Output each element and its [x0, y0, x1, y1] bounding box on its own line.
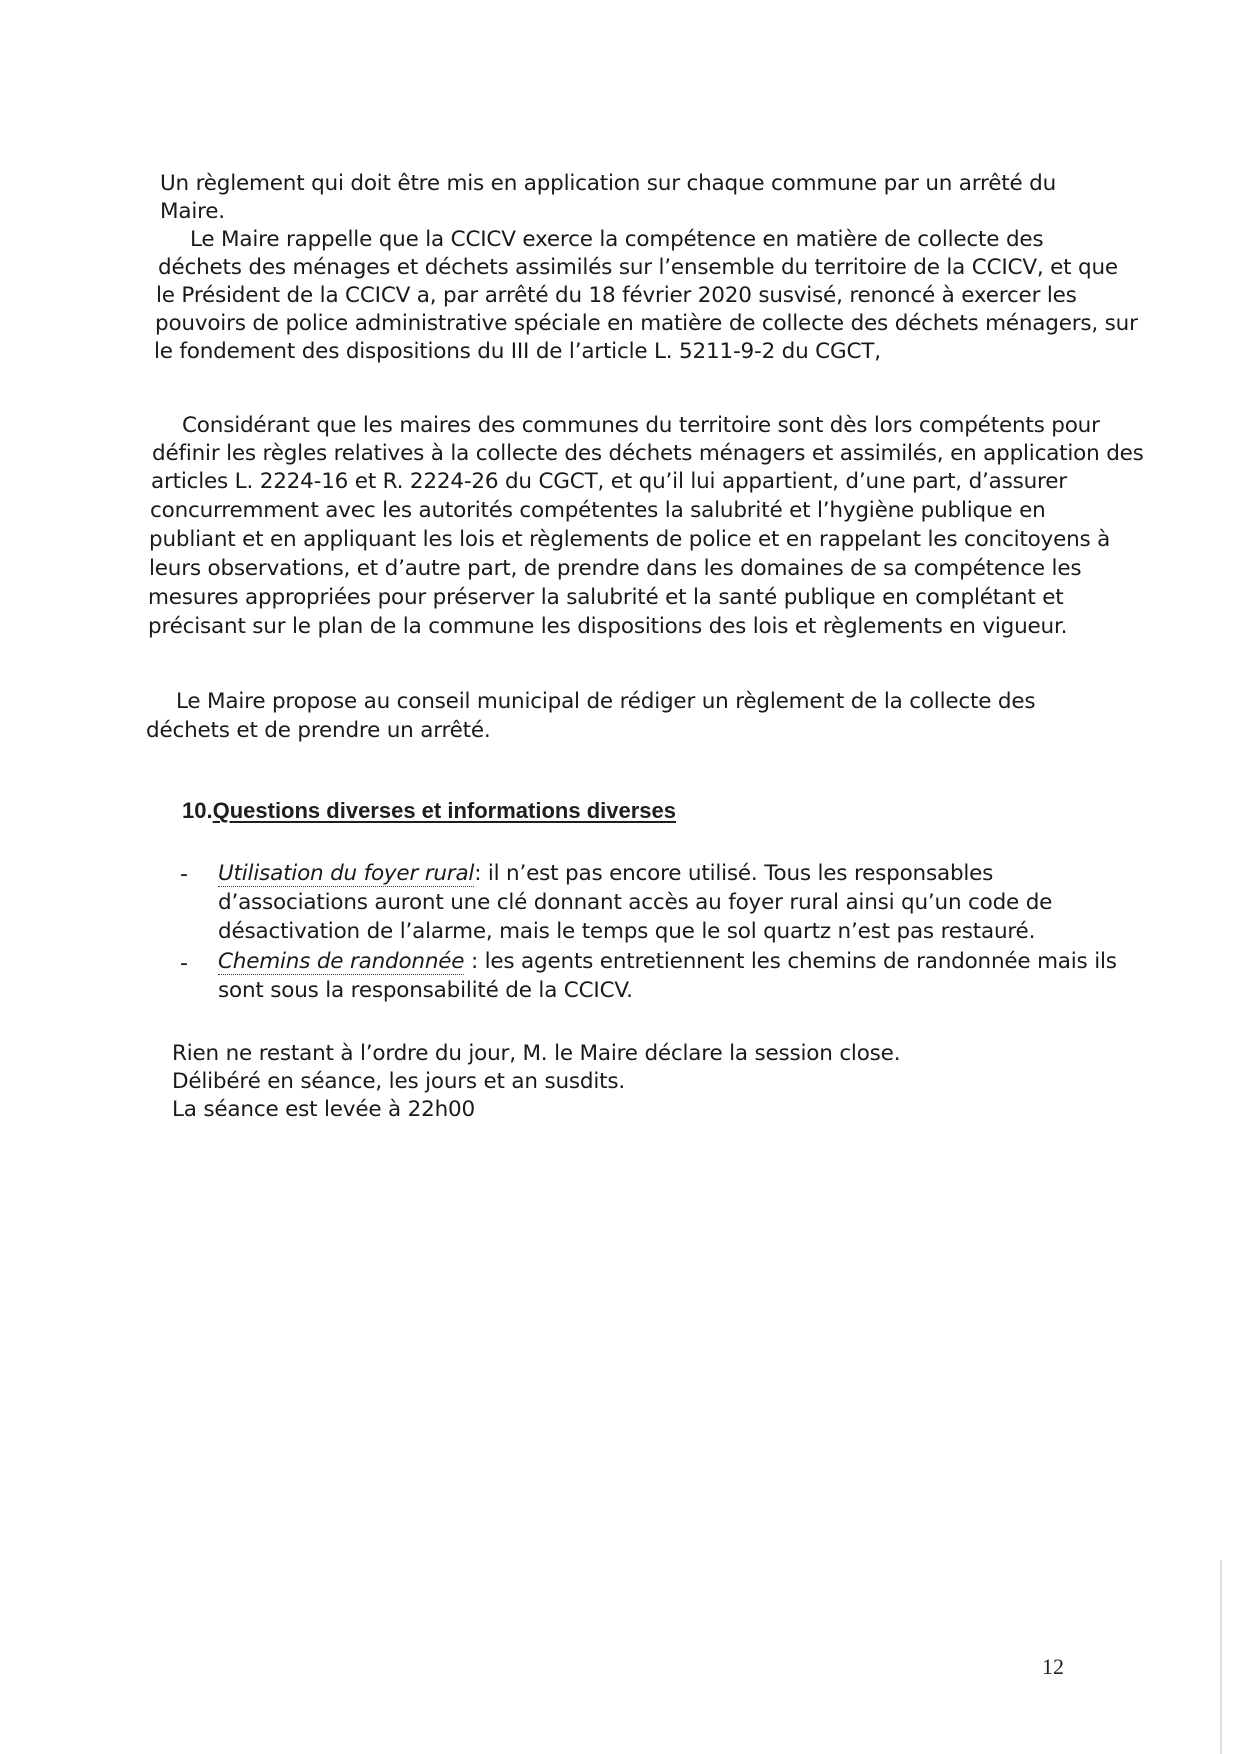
closing-line-1: Rien ne restant à l’ordre du jour, M. le… — [172, 1040, 900, 1068]
list-item-1-lead: Utilisation du foyer rural — [218, 861, 474, 887]
section-10-heading: 10.Questions diverses et informations di… — [182, 798, 676, 824]
bullet-dash: - — [180, 862, 188, 887]
page-number: 12 — [1042, 1654, 1064, 1680]
paragraph-3-line-3: articles L. 2224-16 et R. 2224-26 du CGC… — [151, 468, 971, 496]
list-item-1-line-2: d’associations auront une clé donnant ac… — [218, 889, 966, 917]
paragraph-2-line-4: pouvoirs de police administrative spécia… — [155, 310, 978, 338]
paragraph-3-line-6: leurs observations, et d’autre part, de … — [149, 555, 969, 583]
paragraph-1-line-1: Un règlement qui doit être mis en applic… — [160, 170, 978, 198]
paragraph-3-line-2: définir les règles relatives à la collec… — [152, 440, 972, 468]
paragraph-3-line-8: précisant sur le plan de la commune les … — [148, 613, 1067, 641]
paragraph-2-line-2: déchets des ménages et déchets assimilés… — [158, 254, 978, 282]
list-item-2-line-1: Chemins de randonnée : les agents entret… — [218, 948, 966, 976]
paragraph-2-line-3: le Président de la CCICV a, par arrêté d… — [156, 282, 978, 310]
paragraph-3-line-5: publiant et en appliquant les lois et rè… — [149, 526, 969, 554]
section-10-number: 10. — [182, 798, 213, 823]
paragraph-3-line-7: mesures appropriées pour préserver la sa… — [148, 584, 968, 612]
list-item-1-rest: : il n’est pas encore utilisé. Tous les … — [474, 861, 993, 886]
closing-line-3: La séance est levée à 22h00 — [172, 1096, 475, 1124]
paragraph-1-line-2: Maire. — [160, 198, 225, 226]
closing-line-2: Délibéré en séance, les jours et an susd… — [172, 1068, 625, 1096]
section-10-title: Questions diverses et informations diver… — [213, 798, 676, 823]
list-item-2-line-2: sont sous la responsabilité de la CCICV. — [218, 977, 633, 1005]
paragraph-2-line-1: Le Maire rappelle que la CCICV exerce la… — [190, 226, 978, 254]
paragraph-2-line-5: le fondement des dispositions du III de … — [154, 338, 881, 366]
paragraph-3-line-1: Considérant que les maires des communes … — [182, 412, 972, 440]
list-item-1-line-3: désactivation de l’alarme, mais le temps… — [218, 918, 1035, 946]
list-item-2-lead: Chemins de randonnée — [218, 949, 464, 975]
scan-edge-line — [1220, 1560, 1222, 1754]
list-item-2-rest: : les agents entretiennent les chemins d… — [464, 949, 1116, 974]
paragraph-4-line-1: Le Maire propose au conseil municipal de… — [176, 688, 966, 716]
bullet-dash: - — [180, 951, 188, 976]
list-item-1-line-1: Utilisation du foyer rural: il n’est pas… — [218, 860, 966, 888]
document-page: Un règlement qui doit être mis en applic… — [0, 0, 1240, 1754]
paragraph-4-line-2: déchets et de prendre un arrêté. — [146, 717, 491, 745]
paragraph-3-line-4: concurremment avec les autorités compéte… — [150, 497, 970, 525]
